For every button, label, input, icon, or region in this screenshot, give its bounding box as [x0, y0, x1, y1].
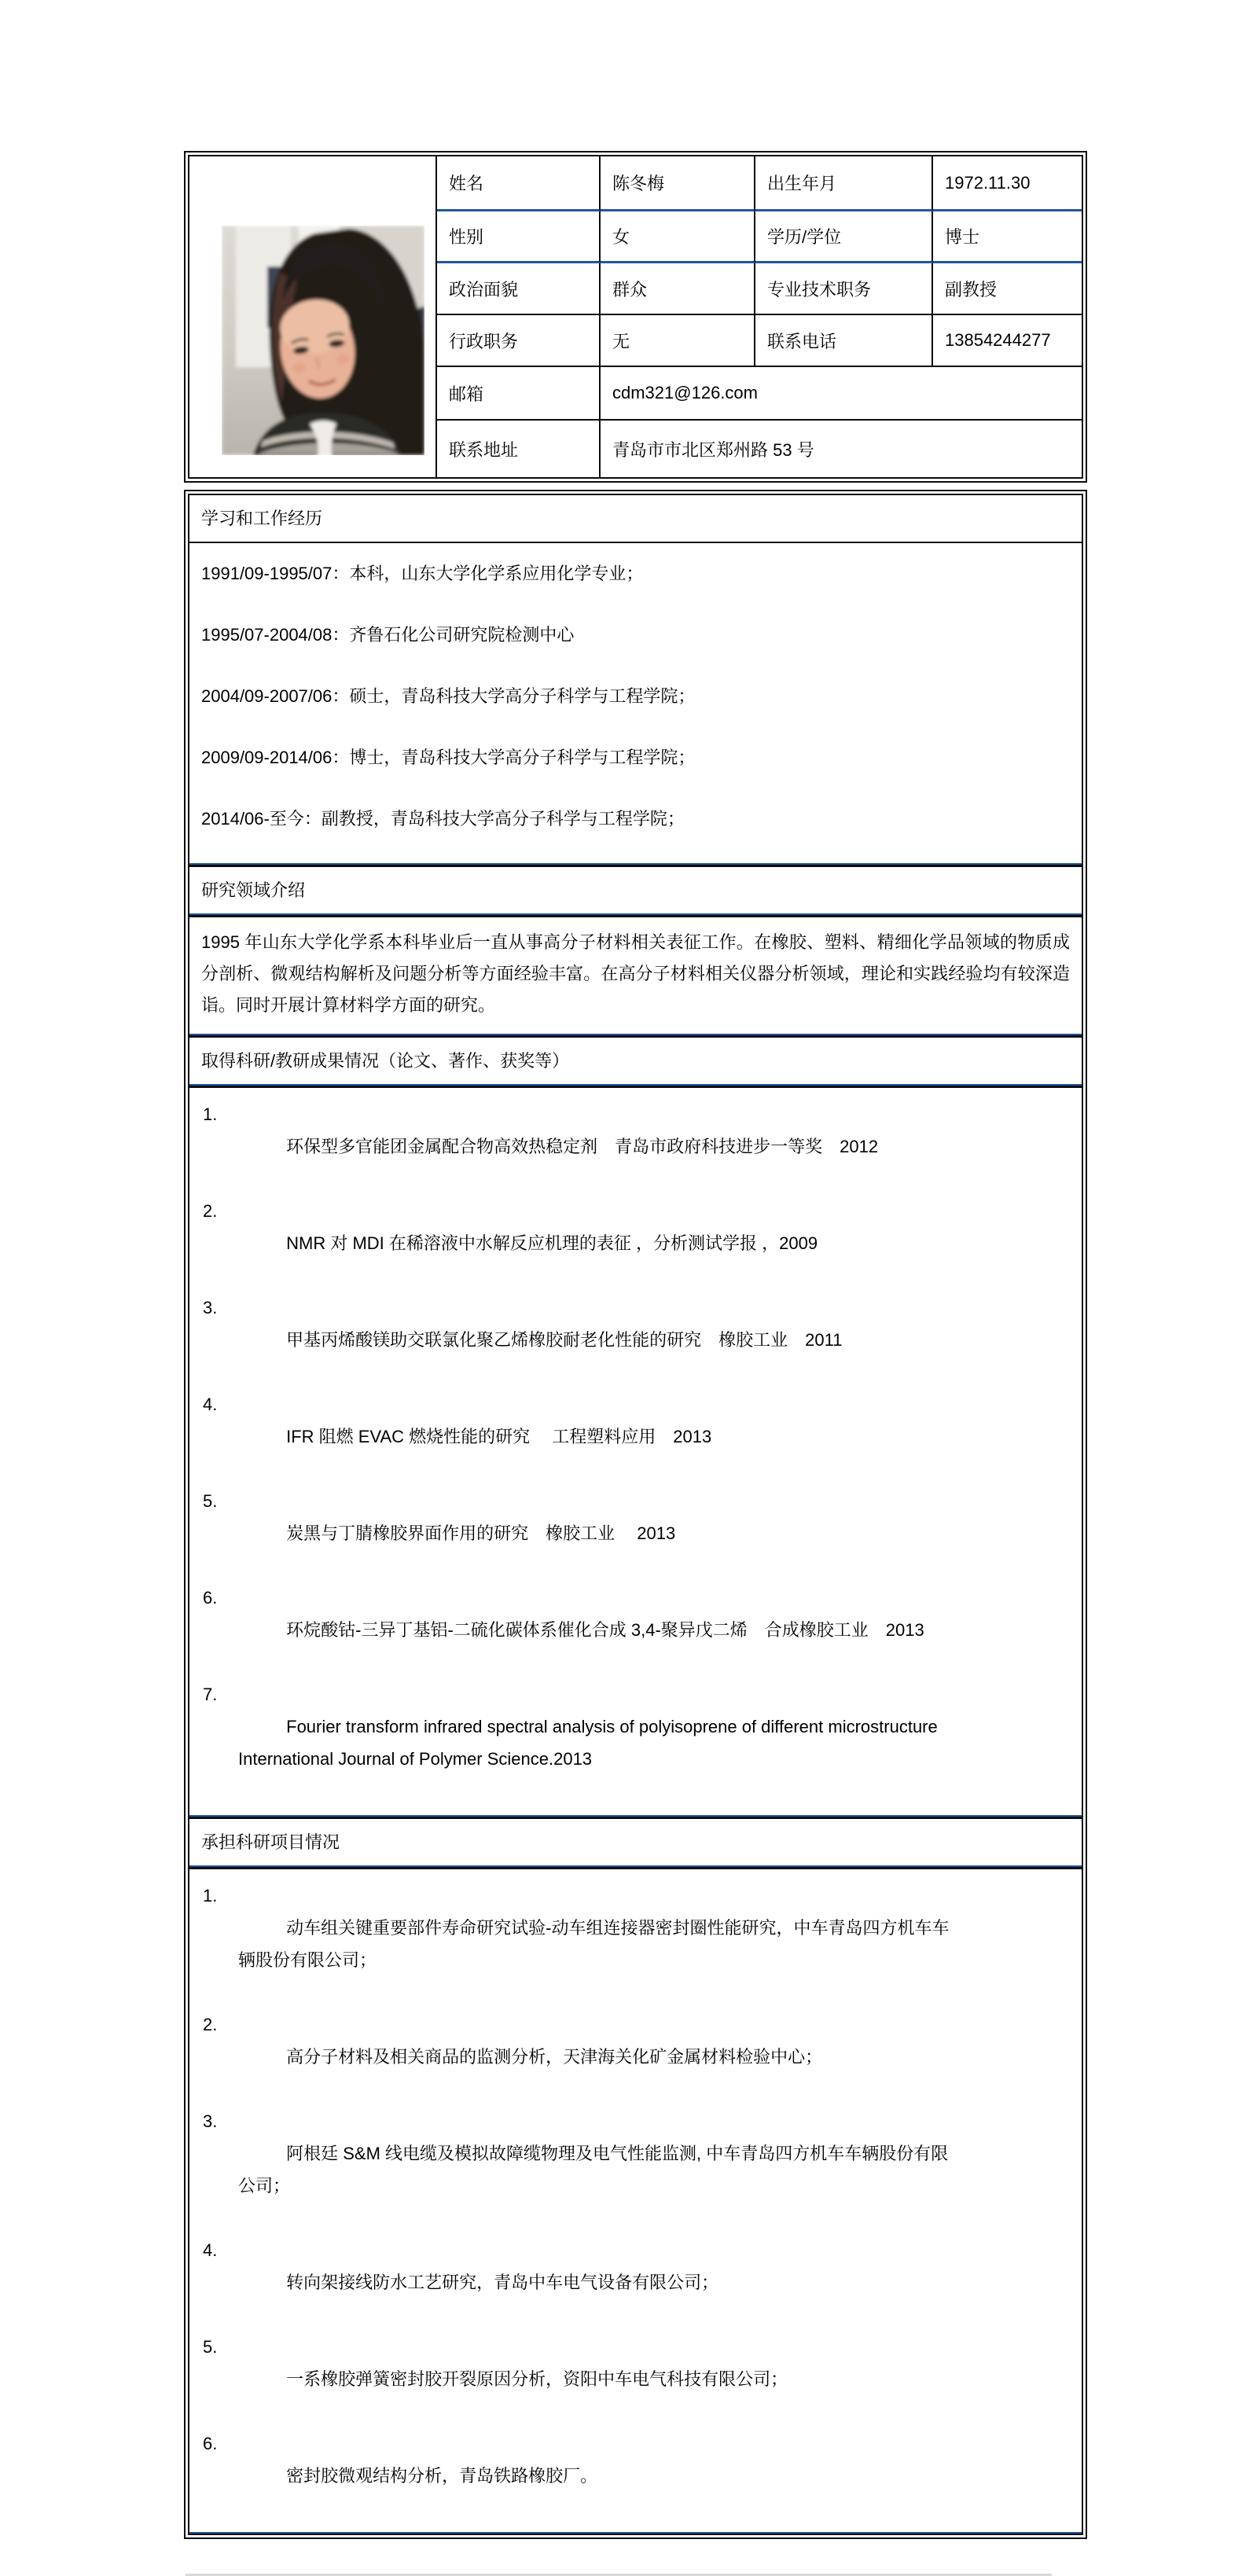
item-number: 7.: [203, 1678, 234, 1711]
project-item: 3.阿根廷 S&M 线电缆及模拟故障缆物理及电气性能监测, 中车青岛四方机车车辆…: [189, 2105, 1082, 2234]
education-list: 1991/09-1995/07：本科，山东大学化学系应用化学专业； 1995/0…: [189, 543, 1082, 863]
item-number: 3.: [203, 2105, 234, 2137]
education-entry: 2009/09-2014/06：博士，青岛科技大学高分子科学与工程学院；: [201, 741, 1070, 774]
publications-list: 1.环保型多官能团金属配合物高效热稳定剂 青岛市政府科技进步一等奖 2012 2…: [189, 1088, 1082, 1815]
item-number: 2.: [203, 2008, 234, 2041]
field-value: 无: [601, 315, 755, 367]
item-text: 炭黑与丁腈橡胶界面作用的研究 橡胶工业 2013: [286, 1523, 675, 1543]
section-title-research: 研究领域介绍: [189, 867, 1082, 913]
publication-item: 3.甲基丙烯酸镁助交联氯化聚乙烯橡胶耐老化性能的研究 橡胶工业 2011: [189, 1292, 1082, 1388]
address-value: 青岛市市北区郑州路 53 号: [601, 421, 1082, 477]
item-number: 6.: [203, 2427, 234, 2460]
item-number: 6.: [203, 1582, 234, 1614]
education-entry: 1991/09-1995/07：本科，山东大学化学系应用化学专业；: [201, 557, 1070, 590]
field-label: 姓名: [437, 156, 601, 211]
item-number: 5.: [203, 1485, 234, 1517]
item-text: NMR 对 MDI 在稀溶液中水解反应机理的表征 ，分析测试学报 ，2009: [286, 1233, 818, 1253]
item-text: IFR 阻燃 EVAC 燃烧性能的研究 工程塑料应用 2013: [286, 1427, 711, 1446]
item-text: 动车组关键重要部件寿命研究试验-动车组连接器密封圈性能研究，中车青岛四方机车车 …: [238, 1918, 949, 1970]
field-label: 性别: [437, 211, 601, 263]
item-number: 2.: [203, 1195, 234, 1227]
field-value: 群众: [601, 263, 755, 315]
item-text: 环烷酸钴-三异丁基铝-二硫化碳体系催化合成 3,4-聚异戊二烯 合成橡胶工业 2…: [286, 1620, 924, 1640]
item-number: 1.: [203, 1880, 234, 1912]
field-value: 博士: [933, 211, 1082, 263]
field-label: 行政职务: [437, 315, 601, 367]
photo-cell: [189, 156, 437, 477]
field-value: 女: [601, 211, 755, 263]
field-value: 13854244277: [933, 315, 1082, 367]
page: { "colors": { "accent_blue": "#2155a3", …: [0, 0, 1242, 2376]
item-number: 5.: [203, 2331, 234, 2363]
item-number: 3.: [203, 1292, 234, 1324]
item-text: 甲基丙烯酸镁助交联氯化聚乙烯橡胶耐老化性能的研究 橡胶工业 2011: [286, 1330, 842, 1350]
item-text: 密封胶微观结构分析，青岛铁路橡胶厂。: [286, 2466, 597, 2486]
address-label: 联系地址: [437, 421, 601, 477]
portrait-photo: [222, 226, 424, 455]
item-text: 环保型多官能团金属配合物高效热稳定剂 青岛市政府科技进步一等奖 2012: [286, 1137, 878, 1156]
item-text: 一系橡胶弹簧密封胶开裂原因分析，资阳中车电气科技有限公司；: [286, 2369, 788, 2389]
email-label: 邮箱: [437, 367, 601, 421]
sections-table: 学习和工作经历 1991/09-1995/07：本科，山东大学化学系应用化学专业…: [184, 490, 1087, 2539]
item-text: 转向架接线防水工艺研究，青岛中车电气设备有限公司；: [286, 2273, 718, 2292]
education-entry: 1995/07-2004/08：齐鲁石化公司研究院检测中心: [201, 619, 1070, 651]
research-block: 1995 年山东大学化学系本科毕业后一直从事高分子材料相关表征工作。在橡胶、塑料…: [189, 917, 1082, 1034]
project-item: 5.一系橡胶弹簧密封胶开裂原因分析，资阳中车电气科技有限公司；: [189, 2331, 1082, 2427]
item-text: 高分子材料及相关商品的监测分析，天津海关化矿金属材料检验中心；: [286, 2047, 822, 2067]
project-item: 2.高分子材料及相关商品的监测分析，天津海关化矿金属材料检验中心；: [189, 2008, 1082, 2105]
field-label: 专业技术职务: [755, 263, 933, 315]
field-label: 联系电话: [755, 315, 933, 367]
publication-item: 4.IFR 阻燃 EVAC 燃烧性能的研究 工程塑料应用 2013: [189, 1388, 1082, 1485]
education-entry: 2004/09-2007/06：硕士，青岛科技大学高分子科学与工程学院；: [201, 680, 1070, 712]
project-item: 1.动车组关键重要部件寿命研究试验-动车组连接器密封圈性能研究，中车青岛四方机车…: [189, 1880, 1082, 2008]
projects-list: 1.动车组关键重要部件寿命研究试验-动车组连接器密封圈性能研究，中车青岛四方机车…: [189, 1869, 1082, 2532]
education-entry: 2014/06-至今：副教授，青岛科技大学高分子科学与工程学院；: [201, 803, 1070, 835]
resume-document: 姓名 陈冬梅 出生年月 1972.11.30 性别 女 学历/学位 博士 政治面…: [184, 151, 1087, 2576]
publication-item: 5.炭黑与丁腈橡胶界面作用的研究 橡胶工业 2013: [189, 1485, 1082, 1582]
research-paragraph: 1995 年山东大学化学系本科毕业后一直从事高分子材料相关表征工作。在橡胶、塑料…: [201, 927, 1070, 1021]
item-number: 4.: [203, 1388, 234, 1420]
section-title-projects: 承担科研项目情况: [189, 1819, 1082, 1865]
publication-item: 6.环烷酸钴-三异丁基铝-二硫化碳体系催化合成 3,4-聚异戊二烯 合成橡胶工业…: [189, 1582, 1082, 1678]
item-number: 4.: [203, 2234, 234, 2266]
item-text: Fourier transform infrared spectral anal…: [238, 1717, 938, 1769]
divider: [189, 2532, 1082, 2534]
item-text: 阿根廷 S&M 线电缆及模拟故障缆物理及电气性能监测, 中车青岛四方机车车辆股份…: [238, 2144, 948, 2196]
publication-item: 1.环保型多官能团金属配合物高效热稳定剂 青岛市政府科技进步一等奖 2012: [189, 1098, 1082, 1195]
field-label: 出生年月: [755, 156, 933, 211]
item-number: 1.: [203, 1098, 234, 1130]
publication-item: 7.Fourier transform infrared spectral an…: [189, 1678, 1082, 1807]
field-value: 副教授: [933, 263, 1082, 315]
section-title-education: 学习和工作经历: [189, 495, 1082, 542]
field-label: 学历/学位: [755, 211, 933, 263]
field-value: 陈冬梅: [601, 156, 755, 211]
field-value: 1972.11.30: [933, 156, 1082, 211]
project-item: 4.转向架接线防水工艺研究，青岛中车电气设备有限公司；: [189, 2234, 1082, 2331]
field-label: 政治面貌: [437, 263, 601, 315]
email-value: cdm321@126.com: [601, 367, 1082, 421]
section-title-publications: 取得科研/教研成果情况（论文、著作、获奖等）: [189, 1038, 1082, 1084]
project-item: 6.密封胶微观结构分析，青岛铁路橡胶厂。: [189, 2427, 1082, 2524]
profile-table: 姓名 陈冬梅 出生年月 1972.11.30 性别 女 学历/学位 博士 政治面…: [184, 151, 1087, 483]
publication-item: 2.NMR 对 MDI 在稀溶液中水解反应机理的表征 ，分析测试学报 ，2009: [189, 1195, 1082, 1292]
